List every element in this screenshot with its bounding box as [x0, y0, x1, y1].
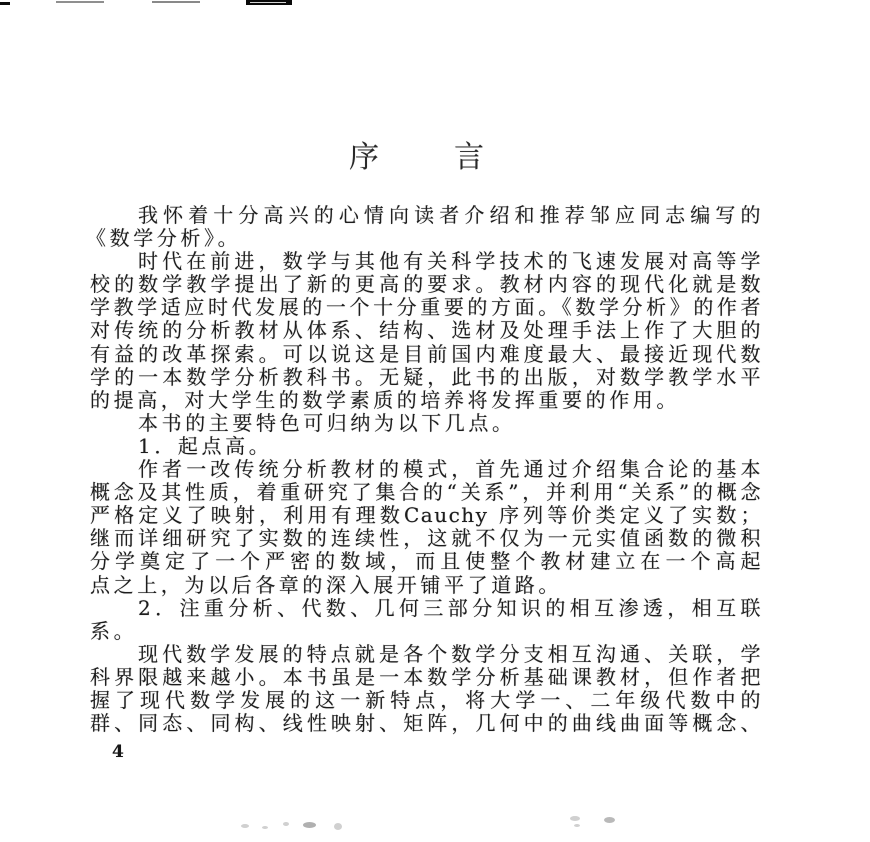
text-line: 分学奠定了一个严密的数域，而且使整个教材建立在一个高起: [90, 550, 762, 573]
scan-artifact-top-bar: [250, 2, 286, 3]
text-line: 校的数学教学提出了新的更高的要求。教材内容的现代化就是数: [90, 273, 762, 296]
text-line: 我怀着十分高兴的心情向读者介绍和推荐邹应同志编写的: [138, 204, 762, 227]
scan-artifact-top-bar: [56, 1, 104, 3]
section-heading-line: 2．注重分析、代数、几何三部分知识的相互渗透，相互联: [138, 597, 762, 620]
text-line: 学的一本数学分析教科书。无疑，此书的出版，对数学教学水平: [90, 366, 762, 389]
text-line: 群、同态、同构、线性映射、矩阵，几何中的曲线曲面等概念、: [90, 712, 762, 735]
scan-speck: [241, 824, 249, 828]
text-line: 继而详细研究了实数的连续性，这就不仅为一元实值函数的微积: [90, 527, 762, 550]
text-line: 作者一改传统分析教材的模式，首先通过介绍集合论的基本: [138, 458, 762, 481]
scan-speck: [262, 826, 268, 829]
scan-speck: [574, 824, 580, 827]
text-line: 本书的主要特色可归纳为以下几点。: [138, 412, 762, 435]
text-line: 点之上，为以后各章的深入展开铺平了道路。: [90, 574, 762, 597]
text-line: 握了现代数学发展的这一新特点，将大学一、二年级代数中的: [90, 689, 762, 712]
page-title-char: 言: [454, 141, 484, 175]
text-line: 严格定义了映射，利用有理数Cauchy 序列等价类定义了实数；: [90, 504, 762, 527]
text-line: 有益的改革探索。可以说这是目前国内难度最大、最接近现代数: [90, 343, 762, 366]
scan-artifact-top-dash: [0, 2, 10, 5]
section-heading-line: 1．起点高。: [138, 435, 762, 458]
text-line: 现代数学发展的特点就是各个数学分支相互沟通、关联，学: [138, 643, 762, 666]
text-line: 概念及其性质，着重研究了集合的“关系”，并利用“关系”的概念: [90, 481, 762, 504]
text-line: 学教学适应时代发展的一个十分重要的方面。《数学分析》的作者: [90, 296, 762, 319]
scanned-book-page: 序 言 我怀着十分高兴的心情向读者介绍和推荐邹应同志编写的 《数学分析》。 时代…: [0, 0, 870, 842]
preface-body: 我怀着十分高兴的心情向读者介绍和推荐邹应同志编写的 《数学分析》。 时代在前进，…: [90, 204, 762, 735]
text-line: 时代在前进，数学与其他有关科学技术的飞速发展对高等学: [138, 250, 762, 273]
scan-speck: [604, 817, 615, 823]
page-number: 4: [112, 742, 124, 762]
text-line: 科界限越来越小。本书虽是一本数学分析基础课教材，但作者把: [90, 666, 762, 689]
page-title: 序 言: [349, 141, 484, 175]
scan-speck: [334, 823, 342, 830]
scan-artifact-top-bar: [152, 1, 200, 3]
text-line: 的提高，对大学生的数学素质的培养将发挥重要的作用。: [90, 389, 762, 412]
text-line: 《数学分析》。: [86, 227, 762, 250]
scan-speck: [303, 822, 316, 828]
text-line: 对传统的分析教材从体系、结构、选材及处理手法上作了大胆的: [90, 319, 762, 342]
scan-speck: [283, 822, 289, 826]
page-title-char: 序: [349, 141, 379, 175]
scan-speck: [570, 816, 580, 821]
text-line: 系。: [90, 620, 762, 643]
